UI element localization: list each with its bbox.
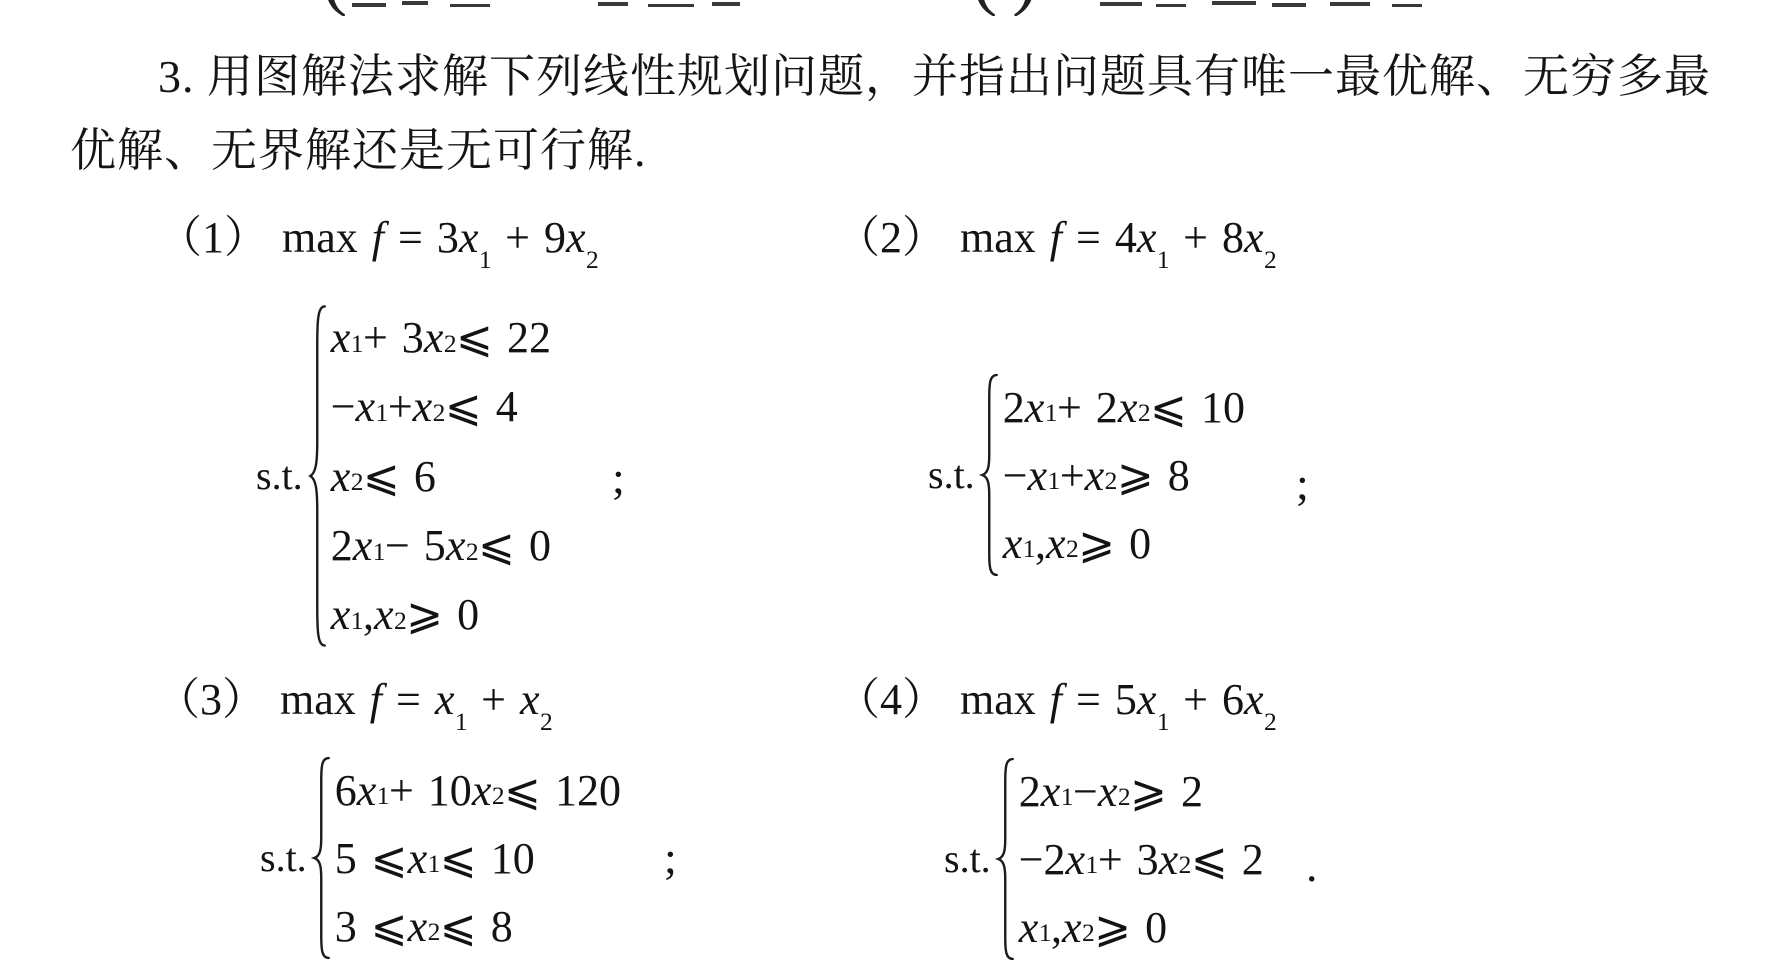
problem-4-constraint-block: s.t. 2x1 − x2 ⩾ 2 −2x1 + 3x2 ⩽ 2 x1, x2 … bbox=[944, 757, 1264, 961]
problem-3-punctuation: ; bbox=[664, 830, 677, 886]
constraint-row: −x1 + x2 ⩾ 8 bbox=[1003, 441, 1245, 509]
cropped-paren-fragment: ( bbox=[322, 0, 347, 14]
constraint-row: 2x1 − 5x2 ⩽ 0 bbox=[331, 511, 551, 580]
cropped-glyph-fragment bbox=[1100, 2, 1142, 6]
problem-2-constraint-block: s.t. 2x1 + 2x2 ⩽ 10 −x1 + x2 ⩾ 8 x1, x2 … bbox=[928, 373, 1245, 577]
exercise-heading-line1: 3. 用图解法求解下列线性规划问题，并指出问题具有唯一最优解、无穷多最 bbox=[158, 46, 1711, 108]
constraint-row: 5 ⩽ x1 ⩽ 10 bbox=[335, 824, 621, 892]
left-curly-brace bbox=[994, 757, 1019, 961]
cropped-glyph-fragment bbox=[648, 4, 694, 7]
cropped-glyph-fragment bbox=[352, 3, 386, 7]
cropped-glyph-fragment bbox=[598, 2, 628, 6]
problem-3-label: （3） bbox=[156, 675, 266, 724]
problem-2-label: （2） bbox=[836, 213, 946, 262]
cropped-glyph-fragment bbox=[1212, 1, 1256, 5]
constraint-row: 6x1 + 10x2 ⩽ 120 bbox=[335, 756, 621, 824]
exercise-heading-line2: 优解、无界解还是无可行解. bbox=[70, 120, 647, 182]
cropped-paren-fragment: ) bbox=[1012, 0, 1037, 14]
constraint-rows: 6x1 + 10x2 ⩽ 120 5 ⩽ x1 ⩽ 10 3 ⩽ x2 ⩽ 8 bbox=[335, 756, 621, 960]
subject-to-label: s.t. bbox=[944, 839, 991, 879]
problem-1-header: （1）max f = 3x1 + 9x2 bbox=[158, 208, 598, 268]
constraint-rows: 2x1 − x2 ⩾ 2 −2x1 + 3x2 ⩽ 2 x1, x2 ⩾ 0 bbox=[1019, 757, 1264, 961]
problem-3-constraint-block: s.t. 6x1 + 10x2 ⩽ 120 5 ⩽ x1 ⩽ 10 3 ⩽ x2… bbox=[260, 756, 621, 960]
subject-to-label: s.t. bbox=[928, 455, 975, 495]
cropped-glyph-fragment bbox=[1330, 2, 1370, 6]
problem-4-label: （4） bbox=[836, 675, 946, 724]
constraint-row: x1, x2 ⩾ 0 bbox=[331, 580, 551, 649]
cropped-glyph-fragment bbox=[402, 1, 428, 5]
constraint-row: 3 ⩽ x2 ⩽ 8 bbox=[335, 892, 621, 960]
problem-3-header: （3）max f = x1 + x2 bbox=[156, 670, 552, 730]
subject-to-label: s.t. bbox=[260, 838, 307, 878]
constraint-row: 2x1 − x2 ⩾ 2 bbox=[1019, 757, 1264, 825]
problem-4-objective: max f = 5x1 + 6x2 bbox=[960, 675, 1276, 724]
subject-to-label: s.t. bbox=[256, 456, 303, 496]
cropped-line-fragments: ( ( ) bbox=[0, 0, 1776, 16]
problem-2-objective: max f = 4x1 + 8x2 bbox=[960, 213, 1276, 262]
cropped-glyph-fragment bbox=[1156, 4, 1186, 7]
constraint-rows: x1 + 3x2 ⩽ 22 −x1 + x2 ⩽ 4 x2 ⩽ 6 2x1 − … bbox=[331, 303, 551, 649]
textbook-page: { "page": { "background": "#ffffff", "in… bbox=[0, 0, 1776, 976]
constraint-row: x1 + 3x2 ⩽ 22 bbox=[331, 303, 551, 372]
left-curly-brace bbox=[978, 373, 1003, 577]
problem-2-punctuation: ; bbox=[1296, 456, 1309, 512]
problem-1-constraint-block: s.t. x1 + 3x2 ⩽ 22 −x1 + x2 ⩽ 4 x2 ⩽ 6 2… bbox=[256, 303, 551, 649]
constraint-row: x2 ⩽ 6 bbox=[331, 441, 551, 510]
problem-2-header: （2）max f = 4x1 + 8x2 bbox=[836, 208, 1276, 268]
problem-1-punctuation: ; bbox=[612, 450, 625, 506]
problem-1-label: （1） bbox=[158, 213, 268, 262]
cropped-paren-fragment: ( bbox=[972, 0, 997, 14]
problem-4-header: （4）max f = 5x1 + 6x2 bbox=[836, 670, 1276, 730]
problem-1-objective: max f = 3x1 + 9x2 bbox=[282, 213, 598, 262]
problem-4-punctuation: . bbox=[1306, 838, 1318, 894]
constraint-row: 2x1 + 2x2 ⩽ 10 bbox=[1003, 373, 1245, 441]
constraint-row: −x1 + x2 ⩽ 4 bbox=[331, 372, 551, 441]
constraint-rows: 2x1 + 2x2 ⩽ 10 −x1 + x2 ⩾ 8 x1, x2 ⩾ 0 bbox=[1003, 373, 1245, 577]
left-curly-brace bbox=[310, 756, 335, 960]
left-curly-brace bbox=[306, 303, 331, 649]
constraint-row: x1, x2 ⩾ 0 bbox=[1019, 893, 1264, 961]
cropped-glyph-fragment bbox=[1392, 4, 1422, 7]
constraint-row: −2x1 + 3x2 ⩽ 2 bbox=[1019, 825, 1264, 893]
cropped-glyph-fragment bbox=[712, 2, 740, 6]
constraint-row: x1, x2 ⩾ 0 bbox=[1003, 509, 1245, 577]
problem-3-objective: max f = x1 + x2 bbox=[280, 675, 552, 724]
cropped-glyph-fragment bbox=[450, 4, 490, 7]
cropped-glyph-fragment bbox=[1272, 3, 1306, 7]
